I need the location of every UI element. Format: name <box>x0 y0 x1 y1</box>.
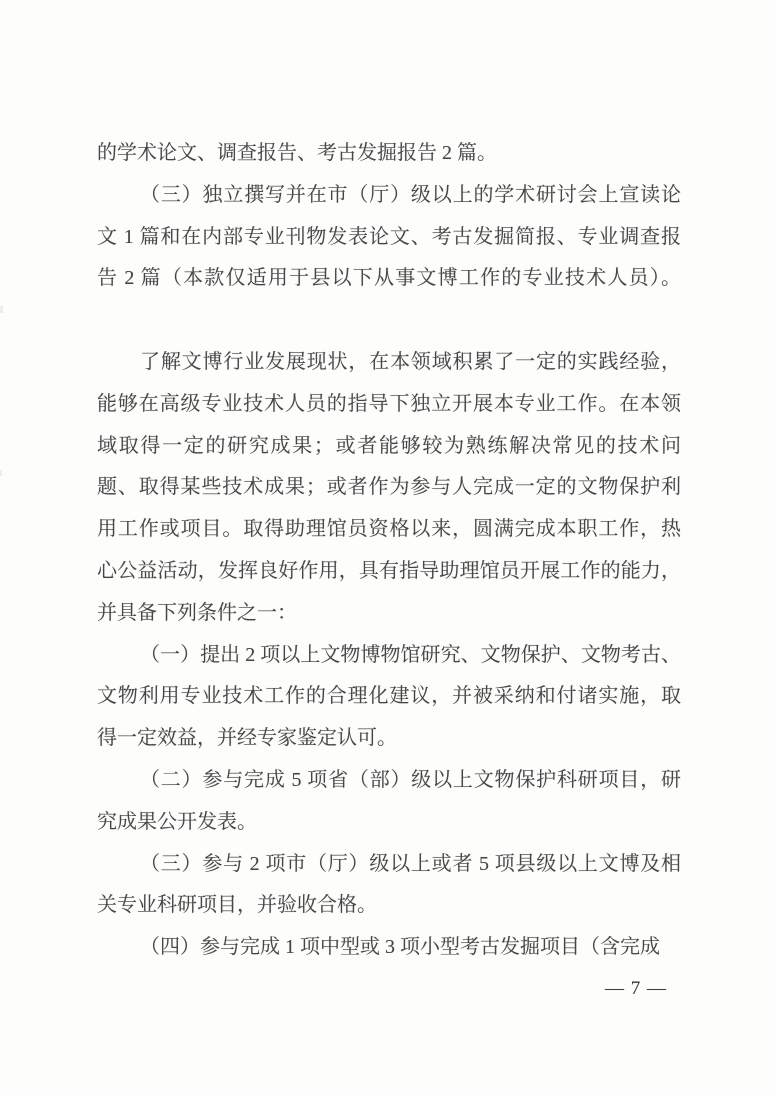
document-line: 的学术论文、调查报告、考古发掘报告 2 篇。 <box>97 133 681 175</box>
document-line: （四）参与完成 1 项中型或 3 项小型考古发掘项目（含完成 <box>97 927 681 969</box>
document-line: 得一定效益，并经专家鉴定认可。 <box>97 718 681 760</box>
document-line: 心公益活动，发挥良好作用，具有指导助理馆员开展工作的能力， <box>97 551 681 593</box>
document-line: （三）独立撰写并在市（厅）级以上的学术研讨会上宣读论 <box>97 175 681 217</box>
scan-artifact <box>0 306 3 313</box>
document-line: （三）参与 2 项市（厅）级以上或者 5 项县级以上文博及相 <box>97 844 681 886</box>
document-line: 域取得一定的研究成果；或者能够较为熟练解决常见的技术问 <box>97 426 681 468</box>
document-line: 用工作或项目。取得助理馆员资格以来，圆满完成本职工作，热 <box>97 509 681 551</box>
document-line: 题、取得某些技术成果；或者作为参与人完成一定的文物保护利 <box>97 467 681 509</box>
page-number: — 7 — <box>605 978 695 1000</box>
document-line: 了解文博行业发展现状，在本领域积累了一定的实践经验， <box>97 342 681 384</box>
document-line: 并具备下列条件之一： <box>97 593 681 635</box>
document-line: 文 1 篇和在内部专业刊物发表论文、考古发掘简报、专业调查报 <box>97 217 681 259</box>
document-body: 的学术论文、调查报告、考古发掘报告 2 篇。 （三）独立撰写并在市（厅）级以上的… <box>97 133 681 969</box>
document-line: 能够在高级专业技术人员的指导下独立开展本专业工作。在本领 <box>97 384 681 426</box>
document-line: （二）参与完成 5 项省（部）级以上文物保护科研项目，研 <box>97 760 681 802</box>
document-line: （一）提出 2 项以上文物博物馆研究、文物保护、文物考古、 <box>97 635 681 677</box>
document-line: 究成果公开发表。 <box>97 802 681 844</box>
document-line: 告 2 篇（本款仅适用于县以下从事文博工作的专业技术人员）。 <box>97 258 681 300</box>
document-page: 的学术论文、调查报告、考古发掘报告 2 篇。 （三）独立撰写并在市（厅）级以上的… <box>0 0 777 1097</box>
scan-artifact <box>0 470 2 476</box>
article-heading: 第十一条专业技术能力及业绩条件 <box>97 300 681 342</box>
document-line: 文物利用专业技术工作的合理化建议，并被采纳和付诸实施，取 <box>97 676 681 718</box>
document-line: 关专业科研项目，并验收合格。 <box>97 885 681 927</box>
